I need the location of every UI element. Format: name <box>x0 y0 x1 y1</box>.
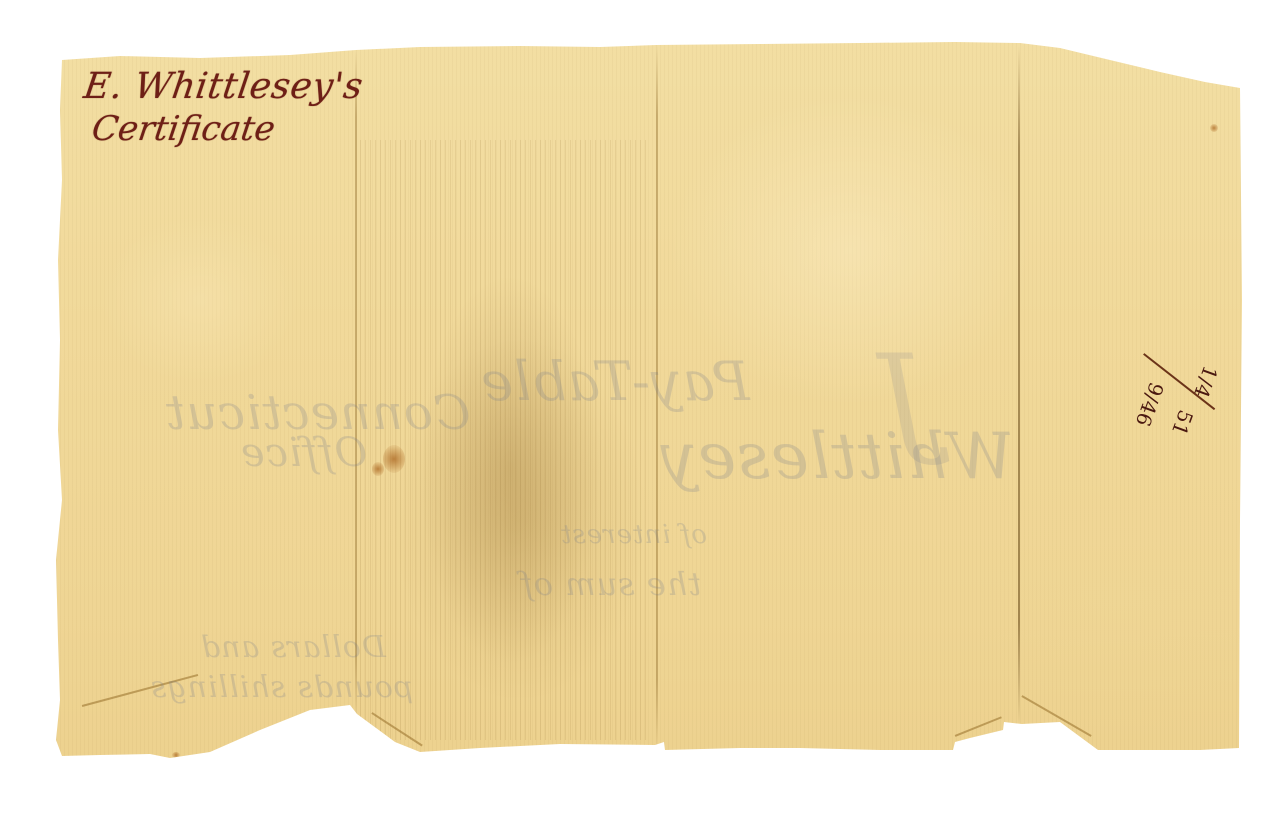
ink-stain <box>372 462 384 476</box>
bleed-through-text: Dollars and <box>200 630 386 665</box>
notation-bottom: 9/46 <box>1131 379 1169 429</box>
notation-top: 1/4 <box>1189 363 1223 401</box>
docket-name: E. Whittlesey's <box>81 68 365 106</box>
bleed-through-text: Office <box>240 430 367 476</box>
docket-inscription: E. Whittlesey's Certificate <box>84 68 363 147</box>
docket-title: Certificate <box>89 112 365 148</box>
bleed-through-text: J <box>880 330 929 469</box>
bleed-through-text: Whittlesey <box>660 420 1014 494</box>
bleed-through-text: Connecticut <box>165 385 470 441</box>
bleed-through-text: of interest <box>560 520 707 550</box>
fold-line-center <box>656 45 658 750</box>
notation-side: 51 <box>1167 407 1198 439</box>
ink-stain <box>383 445 405 473</box>
foxing-speckles <box>360 140 650 740</box>
bleed-through-text: Pay-Table <box>480 350 750 413</box>
bleed-through-text: the sum of <box>520 565 701 603</box>
ink-stain <box>1210 124 1218 132</box>
fold-line-left <box>355 50 357 720</box>
fold-line-right <box>1018 45 1020 725</box>
corner-crease <box>82 674 198 707</box>
